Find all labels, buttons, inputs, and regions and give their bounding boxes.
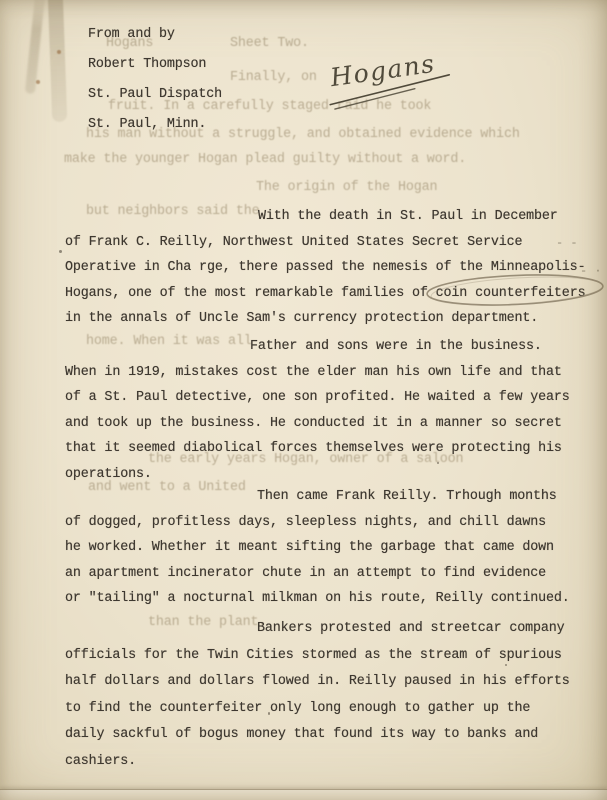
paragraph: With the death in St. Paul in December o… xyxy=(65,204,585,332)
paragraph: Bankers protested and streetcar company … xyxy=(65,616,570,775)
rust-spot xyxy=(57,50,61,54)
rust-spot xyxy=(36,80,40,84)
body-line: of Frank C. Reilly, Northwest United Sta… xyxy=(65,230,585,256)
circled-phrase-text: coin counterfeiters xyxy=(436,286,586,301)
body-line: of a St. Paul detective, one son profite… xyxy=(65,385,570,411)
paperclip-stain xyxy=(24,0,84,132)
body-line-text: Hogans, one of the most remarkable famil… xyxy=(65,286,436,301)
body-line: officials for the Twin Cities stormed as… xyxy=(65,643,570,670)
body-line: Bankers protested and streetcar company xyxy=(65,616,570,643)
dust-speck xyxy=(59,250,62,253)
body-line: he worked. Whether it meant sifting the … xyxy=(65,535,570,561)
body-line: With the death in St. Paul in December xyxy=(65,204,585,230)
ghost-text-line: make the younger Hogan plead guilty with… xyxy=(64,152,466,167)
paper-bottom-edge xyxy=(0,789,607,800)
circled-phrase: coin counterfeiters xyxy=(436,281,586,307)
byline-block: From and by Robert Thompson St. Paul Dis… xyxy=(88,20,222,140)
body-line: Hogans, one of the most remarkable famil… xyxy=(65,281,585,307)
ghost-text-line: The origin of the Hogan xyxy=(256,180,437,195)
paragraph: Father and sons were in the business. Wh… xyxy=(65,334,570,487)
body-line: Father and sons were in the business. xyxy=(65,334,570,360)
body-line: that it seemed diabolical forces themsel… xyxy=(65,436,570,462)
body-line: daily sackful of bogus money that found … xyxy=(65,722,570,749)
paperclip-stain-streak xyxy=(25,0,45,94)
body-line: cashiers. xyxy=(65,749,570,776)
dust-speck xyxy=(505,664,507,666)
paperclip-stain-body xyxy=(48,0,68,122)
body-line: an apartment incinerator chute in an att… xyxy=(65,561,570,587)
manuscript-page: Hogans Sheet Two. Finally, on fruit. In … xyxy=(0,0,607,800)
ghost-text-line: Finally, on xyxy=(230,70,317,85)
body-line: of dogged, profitless days, sleepless ni… xyxy=(65,510,570,536)
body-line: half dollars and dollars flowed in. Reil… xyxy=(65,669,570,696)
ghost-text-line: Sheet Two. xyxy=(230,36,309,51)
paragraph: Then came Frank Reilly. Trhough months o… xyxy=(65,484,570,612)
body-line: in the annals of Uncle Sam's currency pr… xyxy=(65,306,585,332)
body-line: When in 1919, mistakes cost the elder ma… xyxy=(65,360,570,386)
dust-speck xyxy=(437,462,439,464)
body-line: or "tailing" a nocturnal milkman on his … xyxy=(65,586,570,612)
byline-line: Robert Thompson xyxy=(88,50,222,80)
byline-line: St. Paul Dispatch xyxy=(88,80,222,110)
body-line: Operative in Cha rge, there passed the n… xyxy=(65,255,585,281)
byline-line: St. Paul, Minn. xyxy=(88,110,222,140)
dust-speck xyxy=(268,712,270,715)
body-line: and took up the business. He conducted i… xyxy=(65,411,570,437)
byline-line: From and by xyxy=(88,20,222,50)
handwritten-annotation: Hogans xyxy=(328,49,437,92)
body-line: Then came Frank Reilly. Trhough months xyxy=(65,484,570,510)
body-line: to find the counterfeiter only long enou… xyxy=(65,696,570,723)
